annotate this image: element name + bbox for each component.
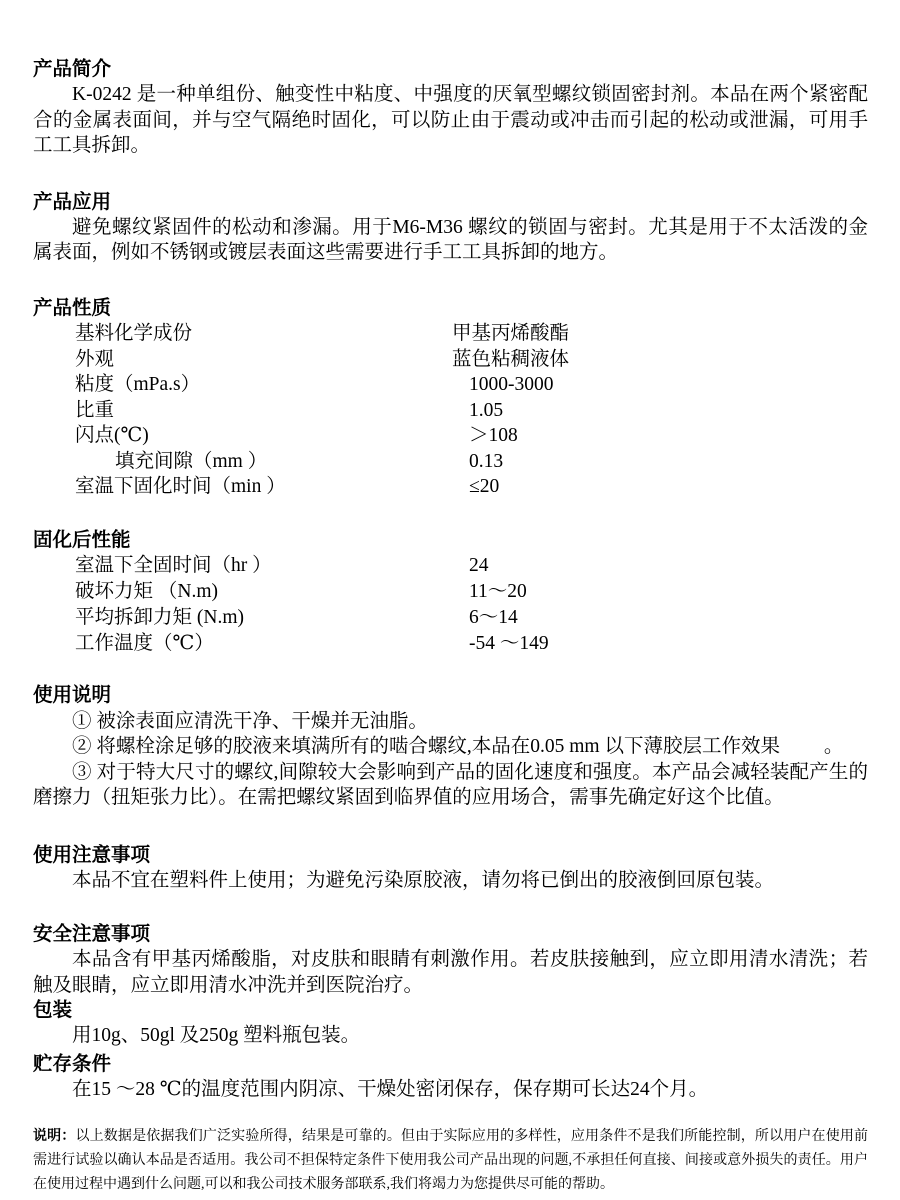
cured-row: 平均拆卸力矩 (N.m) 6～14	[33, 605, 868, 631]
cured-value: 24	[469, 553, 489, 579]
cured-row: 工作温度（℃） -54 ～149	[33, 631, 868, 657]
storage-body: 在15 ～28 ℃的温度范围内阴凉、干燥处密闭保存，保存期可长达24个月。	[33, 1077, 868, 1102]
application-heading: 产品应用	[33, 190, 868, 215]
property-label: 粘度（mPa.s）	[33, 374, 200, 395]
property-value: 蓝色粘稠液体	[452, 347, 569, 373]
section-storage: 贮存条件 在15 ～28 ℃的温度范围内阴凉、干燥处密闭保存，保存期可长达24个…	[33, 1052, 868, 1103]
property-label: 比重	[33, 400, 114, 421]
cured-row: 室温下全固时间（hr ） 24	[33, 553, 868, 579]
packaging-heading: 包装	[33, 998, 868, 1023]
section-intro: 产品简介 K-0242 是一种单组份、触变性中粘度、中强度的厌氧型螺纹锁固密封剂…	[33, 57, 868, 159]
safety-heading: 安全注意事项	[33, 922, 868, 947]
usage-item-1: ① 被涂表面应清洗干净、干燥并无油脂。	[33, 709, 868, 735]
cured-value: 11～20	[469, 579, 527, 605]
properties-heading: 产品性质	[33, 296, 868, 321]
usage-item-3: ③ 对于特大尺寸的螺纹,间隙较大会影响到产品的固化速度和强度。本产品会减轻装配产…	[33, 760, 868, 811]
section-usage: 使用说明 ① 被涂表面应清洗干净、干燥并无油脂。 ② 将螺栓涂足够的胶液来填满所…	[33, 683, 868, 811]
property-value: ≤20	[469, 474, 499, 500]
section-cured-performance: 固化后性能 室温下全固时间（hr ） 24 破坏力矩 （N.m) 11～20 平…	[33, 528, 868, 657]
property-row: 外观 蓝色粘稠液体	[33, 347, 868, 373]
property-row: 粘度（mPa.s） 1000-3000	[33, 372, 868, 398]
property-label: 闪点(℃)	[33, 425, 149, 446]
section-properties: 产品性质 基料化学成份 甲基丙烯酸酯 外观 蓝色粘稠液体 粘度（mPa.s） 1…	[33, 296, 868, 500]
datasheet-page: 产品简介 K-0242 是一种单组份、触变性中粘度、中强度的厌氧型螺纹锁固密封剂…	[0, 0, 900, 1200]
storage-heading: 贮存条件	[33, 1052, 868, 1077]
usage-heading: 使用说明	[33, 683, 868, 708]
property-row: 闪点(℃) ＞108	[33, 423, 868, 449]
cured-heading: 固化后性能	[33, 528, 868, 553]
property-row: 基料化学成份 甲基丙烯酸酯	[33, 321, 868, 347]
section-safety: 安全注意事项 本品含有甲基丙烯酸脂，对皮肤和眼睛有刺激作用。若皮肤接触到，应立即…	[33, 922, 868, 998]
property-label: 室温下固化时间（min ）	[33, 476, 286, 497]
cured-label: 工作温度（℃）	[33, 633, 214, 654]
property-row: 比重 1.05	[33, 398, 868, 424]
cured-label: 平均拆卸力矩 (N.m)	[33, 607, 244, 628]
usage-notes-body: 本品不宜在塑料件上使用；为避免污染原胶液，请勿将已倒出的胶液倒回原包装。	[33, 868, 868, 893]
packaging-body: 用10g、50gl 及250g 塑料瓶包装。	[33, 1023, 868, 1048]
property-row: 填充间隙（mm ） 0.13	[33, 449, 868, 475]
cured-label: 室温下全固时间（hr ）	[33, 555, 272, 576]
property-value: 甲基丙烯酸酯	[452, 321, 569, 347]
property-label: 填充间隙（mm ）	[33, 451, 267, 472]
intro-body: K-0242 是一种单组份、触变性中粘度、中强度的厌氧型螺纹锁固密封剂。本品在两…	[33, 82, 868, 158]
section-usage-notes: 使用注意事项 本品不宜在塑料件上使用；为避免污染原胶液，请勿将已倒出的胶液倒回原…	[33, 843, 868, 894]
intro-heading: 产品简介	[33, 57, 868, 82]
cured-row: 破坏力矩 （N.m) 11～20	[33, 579, 868, 605]
property-value: 0.13	[469, 449, 503, 475]
property-value: 1.05	[469, 398, 503, 424]
footnote-body: 以上数据是依据我们广泛实验所得，结果是可靠的。但由于实际应用的多样性，应用条件不…	[33, 1129, 868, 1192]
section-application: 产品应用 避免螺纹紧固件的松动和渗漏。用于M6-M36 螺纹的锁固与密封。尤其是…	[33, 190, 868, 266]
application-body: 避免螺纹紧固件的松动和渗漏。用于M6-M36 螺纹的锁固与密封。尤其是用于不太活…	[33, 215, 868, 266]
property-value: ＞108	[469, 423, 518, 449]
usage-item-2: ② 将螺栓涂足够的胶液来填满所有的啮合螺纹,本品在0.05 mm 以下薄胶层工作…	[33, 734, 868, 760]
property-label: 外观	[33, 349, 114, 370]
property-row: 室温下固化时间（min ） ≤20	[33, 474, 868, 500]
property-label: 基料化学成份	[33, 323, 192, 344]
cured-value: -54 ～149	[469, 631, 549, 657]
safety-body: 本品含有甲基丙烯酸脂，对皮肤和眼睛有刺激作用。若皮肤接触到，应立即用清水清洗；若…	[33, 947, 868, 998]
footnote: 说明：以上数据是依据我们广泛实验所得，结果是可靠的。但由于实际应用的多样性，应用…	[33, 1125, 868, 1197]
cured-label: 破坏力矩 （N.m)	[33, 581, 218, 602]
section-packaging: 包装 用10g、50gl 及250g 塑料瓶包装。	[33, 998, 868, 1049]
cured-value: 6～14	[469, 605, 518, 631]
property-value: 1000-3000	[469, 372, 554, 398]
footnote-label: 说明：	[33, 1129, 75, 1144]
usage-notes-heading: 使用注意事项	[33, 843, 868, 868]
